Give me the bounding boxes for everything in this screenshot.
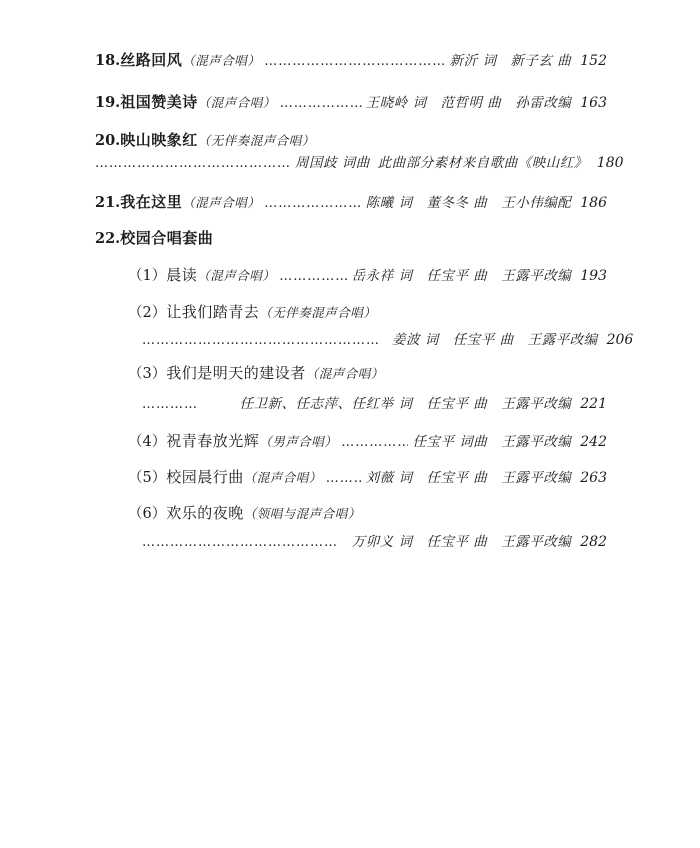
entry-number: 18. [95, 51, 120, 71]
toc-subentry-6-continuation: …………………………………… 万卯义 词 任宝平 曲 王露平改编 282 [142, 532, 607, 553]
entry-number: 20. [95, 131, 120, 151]
toc-body: 18. 丝路回风 （混声合唱） ………………………………………………………………… [95, 50, 607, 553]
toc-entry-20: 20. 映山映象红 （无伴奏混声合唱） [95, 130, 607, 151]
subentry-page-number: 263 [580, 468, 607, 488]
subentry-number: （6） [128, 504, 166, 524]
dot-leader: ………… [142, 395, 198, 415]
entry-note: 此曲部分素材来自歌曲《映山红》 [378, 153, 588, 173]
subentry-number: （2） [128, 303, 166, 323]
subentry-credits: 刘薇 词 任宝平 曲 王露平改编 [366, 468, 572, 488]
toc-entry-19: 19. 祖国赞美诗 （混声合唱） ……………………………………………………………… [95, 92, 607, 114]
subentry-voicing: （混声合唱） [197, 266, 275, 286]
entry-credits: 周国歧 词曲 [295, 153, 370, 173]
entry-page-number: 180 [597, 153, 624, 173]
entry-number: 22. [95, 229, 120, 249]
toc-subentry-2: （2） 让我们踏青去 （无伴奏混声合唱） [128, 302, 607, 323]
toc-subentry-5: （5） 校园晨行曲 （混声合唱） ……………………………………………………………… [128, 467, 607, 489]
subentry-title: 祝青春放光辉 [166, 431, 259, 451]
subentry-number: （5） [128, 468, 166, 488]
subentry-credits: 任卫新、任志萍、任红举 词 任宝平 曲 王露平改编 [240, 394, 572, 414]
dot-leader: …………………………………………………………………………………………………………… [279, 267, 347, 287]
entry-credits: 新沂 词 新子玄 曲 [450, 51, 572, 71]
toc-entry-20-continuation: …………………………………… 周国歧 词曲 此曲部分素材来自歌曲《映山红》 18… [95, 153, 607, 174]
entry-voicing: （混声合唱） [198, 93, 276, 113]
subentry-voicing: （领唱与混声合唱） [244, 504, 361, 524]
subentry-page-number: 193 [580, 266, 607, 286]
toc-entry-21: 21. 我在这里 （混声合唱） ………………………………………………………………… [95, 192, 607, 214]
entry-number: 21. [95, 193, 120, 213]
toc-subentry-4: （4） 祝青春放光辉 （男声合唱） …………………………………………………………… [128, 431, 607, 453]
dot-leader: …………………………………………… [142, 331, 380, 351]
toc-entry-22: 22. 校园合唱套曲 [95, 228, 607, 249]
dot-leader: …………………………………………………………………………………………………………… [326, 469, 362, 489]
toc-subentry-6: （6） 欢乐的夜晚 （领唱与混声合唱） [128, 503, 607, 524]
subentry-credits: 万卯义 词 任宝平 曲 王露平改编 [352, 532, 572, 552]
dot-leader: …………………………………………………………………………………………………………… [280, 94, 362, 114]
subentry-voicing: （男声合唱） [259, 432, 337, 452]
entry-credits: 陈曦 词 董冬冬 曲 王小伟编配 [366, 193, 572, 213]
subentry-page-number: 221 [580, 394, 607, 414]
toc-subentry-3-continuation: ………… 任卫新、任志萍、任红举 词 任宝平 曲 王露平改编 221 [142, 394, 607, 415]
entry-title: 我在这里 [120, 192, 182, 212]
entry-number: 19. [95, 93, 120, 113]
subentry-title: 晨读 [166, 265, 197, 285]
subentry-voicing: （无伴奏混声合唱） [259, 303, 376, 323]
entry-page-number: 152 [580, 51, 607, 71]
subentry-credits: 岳永祥 词 任宝平 曲 王露平改编 [352, 266, 572, 286]
entry-page-number: 163 [580, 93, 607, 113]
entry-voicing: （混声合唱） [182, 193, 260, 213]
toc-page: 18. 丝路回风 （混声合唱） ………………………………………………………………… [0, 0, 700, 848]
subentry-credits: 姜波 词 任宝平 曲 王露平改编 [392, 330, 598, 350]
subentry-page-number: 282 [580, 532, 607, 552]
subentry-number: （3） [128, 364, 166, 384]
subentry-title: 校园晨行曲 [166, 467, 244, 487]
toc-subentry-2-continuation: …………………………………………… 姜波 词 任宝平 曲 王露平改编 206 [142, 330, 607, 351]
toc-entry-18: 18. 丝路回风 （混声合唱） ………………………………………………………………… [95, 50, 607, 72]
dot-leader: …………………………………………………………………………………………………………… [341, 433, 408, 453]
entry-title: 映山映象红 [120, 130, 198, 150]
subentry-credits: 任宝平 词曲 王露平改编 [412, 432, 571, 452]
subentry-page-number: 242 [580, 432, 607, 452]
subentry-title: 我们是明天的建设者 [166, 363, 306, 383]
toc-subentry-3: （3） 我们是明天的建设者 （混声合唱） [128, 363, 607, 384]
entry-credits: 王晓岭 词 范哲明 曲 孙雷改编 [366, 93, 572, 113]
subentry-voicing: （混声合唱） [244, 468, 322, 488]
dot-leader: …………………………………… [142, 533, 338, 553]
entry-title: 校园合唱套曲 [120, 228, 213, 248]
subentry-title: 让我们踏青去 [166, 302, 259, 322]
subentry-number: （1） [128, 266, 166, 286]
subentry-voicing: （混声合唱） [306, 364, 384, 384]
entry-voicing: （无伴奏混声合唱） [198, 131, 315, 151]
subentry-number: （4） [128, 432, 166, 452]
toc-subentry-1: （1） 晨读 （混声合唱） ……………………………………………………………………… [128, 265, 607, 287]
dot-leader: …………………………………………………………………………………………………………… [264, 194, 361, 214]
entry-title: 祖国赞美诗 [120, 92, 198, 112]
subentry-title: 欢乐的夜晚 [166, 503, 244, 523]
entry-voicing: （混声合唱） [182, 51, 260, 71]
dot-leader: …………………………………………………………………………………………………………… [264, 52, 445, 72]
entry-title: 丝路回风 [120, 50, 182, 70]
dot-leader: …………………………………… [95, 154, 291, 174]
entry-page-number: 186 [580, 193, 607, 213]
subentry-page-number: 206 [607, 330, 634, 350]
